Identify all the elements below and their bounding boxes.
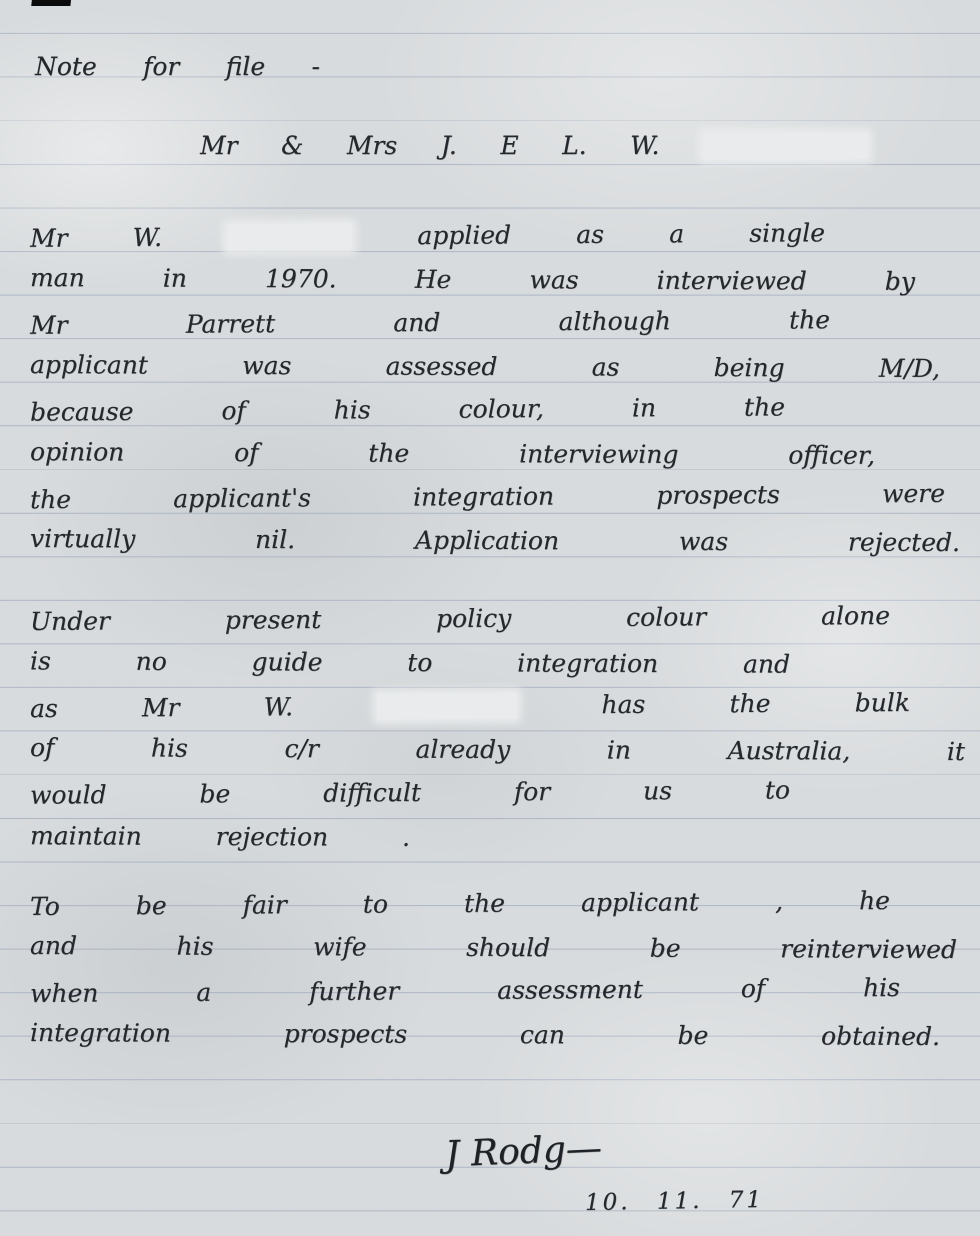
word: a (196, 978, 211, 1007)
word: W. (133, 223, 162, 252)
handwritten-line: whenafurtherassessmentofhis (30, 973, 900, 1008)
word: rejection (216, 822, 329, 851)
word: obtained. (821, 1021, 940, 1051)
word: officer, (788, 440, 875, 469)
word: his (151, 733, 188, 762)
word: Mrs (347, 131, 397, 160)
word: alone (821, 601, 890, 630)
handwritten-line: opinionoftheinterviewingofficer, (30, 437, 875, 470)
word: his (863, 973, 900, 1002)
handwritten-line: Underpresentpolicycolouralone (30, 601, 890, 636)
word: M/D, (879, 354, 940, 383)
signature: J Rodg— (444, 1121, 746, 1175)
handwritten-line: isnoguidetointegrationand (30, 646, 790, 678)
word: be (136, 891, 167, 920)
word: was (242, 351, 291, 380)
word: rejected. (848, 528, 960, 557)
word: applicant (581, 887, 699, 917)
word: in (163, 264, 187, 293)
handwritten-line: Tobefairtotheapplicant,he (30, 886, 890, 921)
word: integration (517, 648, 658, 678)
word: already (415, 735, 510, 764)
word: was (529, 265, 578, 294)
word: wife (313, 932, 367, 961)
word: man (30, 263, 85, 292)
handwritten-line: MrParrettandalthoughthe (30, 305, 830, 340)
word: as (592, 352, 620, 381)
word: present (225, 605, 322, 635)
word: no (136, 647, 167, 676)
word: Mr (200, 131, 238, 160)
word: us (643, 776, 672, 805)
word: Note (35, 52, 97, 81)
word: W. (264, 692, 293, 721)
word: L. (562, 131, 587, 160)
handwritten-line: manin1970.Hewasinterviewedby (30, 263, 915, 296)
word: virtually (30, 524, 135, 553)
word: To (30, 892, 60, 921)
word: in (607, 735, 631, 764)
word: assessment (497, 975, 643, 1005)
word: the (30, 485, 71, 514)
word: interviewed (657, 266, 807, 296)
word: of (30, 733, 54, 762)
handwritten-line: integrationprospectscanbeobtained. (30, 1018, 940, 1051)
word: would (30, 780, 107, 810)
word: difficult (323, 778, 421, 808)
word: opinion (30, 437, 124, 466)
handwritten-line: MrW.appliedasasingle (30, 218, 825, 253)
word: & (281, 131, 303, 160)
word: prospects (656, 480, 780, 510)
word: he (859, 886, 890, 915)
handwritten-line: becauseofhiscolour,inthe (30, 392, 785, 426)
word: guide (252, 647, 323, 676)
word: Mr (142, 693, 180, 722)
word: J. (441, 131, 457, 160)
word: to (765, 775, 790, 804)
handwritten-line: wouldbedifficultforusto (30, 775, 790, 809)
word: - (312, 52, 320, 81)
page-number-mark: 2 (26, 0, 90, 19)
word: be (678, 1021, 709, 1050)
scanned-note-page: 2 Noteforfile- Mr&MrsJ.EL.W. MrW.applied… (0, 0, 980, 1236)
date: 10. 11. 71 (585, 1186, 815, 1216)
word: his (334, 395, 371, 424)
word: for (514, 777, 550, 806)
word: although (558, 306, 671, 336)
word: as (576, 220, 604, 249)
word: colour (626, 602, 706, 632)
word: He (415, 265, 452, 294)
word: Mr (30, 311, 68, 340)
word: Parrett (186, 309, 276, 339)
word: interviewing (519, 439, 678, 469)
word: Application (415, 526, 559, 556)
word: the (464, 889, 505, 918)
page-number: 2 (26, 0, 90, 18)
word: applicant (30, 350, 148, 380)
word: to (363, 890, 388, 919)
note-title: Noteforfile- (35, 52, 320, 81)
word: and (30, 931, 77, 960)
word: and (393, 308, 440, 337)
word: has (601, 690, 645, 719)
word: integration (30, 1018, 171, 1048)
word: should (466, 933, 550, 962)
handwritten-line: ofhisc/ralreadyinAustralia,it (30, 733, 965, 766)
word: by (885, 267, 915, 296)
redaction-box (377, 692, 517, 719)
word: the (744, 392, 785, 421)
word: 1970. (265, 264, 337, 293)
word: is (30, 646, 51, 675)
word: of (221, 396, 246, 425)
word: Mr (30, 224, 68, 253)
word: for (143, 52, 179, 81)
word: applicant's (173, 483, 311, 513)
redaction-box (227, 223, 352, 250)
word: c/r (284, 734, 319, 763)
handwritten-line: asMrW.hasthebulk (30, 688, 910, 723)
word: colour, (458, 394, 544, 424)
word: because (30, 397, 134, 427)
word: as (30, 694, 58, 723)
word: nil. (255, 525, 295, 554)
word: a (669, 219, 684, 248)
word: the (729, 689, 770, 718)
handwritten-line: theapplicant'sintegrationprospectswere (30, 479, 945, 514)
handwritten-line: maintainrejection. (30, 821, 410, 852)
word: assessed (386, 352, 498, 381)
word: further (309, 976, 399, 1006)
word: when (30, 979, 99, 1008)
word: be (650, 934, 681, 963)
word: Australia, (727, 736, 850, 766)
word: reinterviewed (780, 934, 957, 964)
word: to (407, 648, 432, 677)
word: in (632, 393, 656, 422)
word: file (226, 52, 265, 81)
word: was (679, 527, 728, 556)
word: single (749, 218, 825, 248)
handwritten-line: applicantwasassessedasbeingM/D, (30, 350, 940, 383)
word: be (199, 779, 230, 808)
redaction-box (703, 133, 868, 159)
word: of (741, 974, 766, 1003)
subject-heading: Mr&MrsJ.EL.W. (200, 131, 868, 160)
word: and (743, 649, 790, 678)
word: . (402, 823, 410, 852)
word: E (500, 131, 518, 160)
word: , (775, 887, 783, 916)
word: Under (30, 606, 110, 636)
handwritten-line: virtuallynil.Applicationwasrejected. (30, 524, 960, 557)
word: his (177, 932, 214, 961)
handwritten-line: andhiswifeshouldbereinterviewed (30, 931, 957, 964)
word: fair (243, 890, 287, 919)
word: it (947, 737, 965, 766)
word: prospects (284, 1019, 408, 1049)
word: being (714, 353, 785, 382)
word: applied (417, 220, 511, 250)
word: W. (630, 131, 659, 160)
word: the (789, 305, 830, 334)
word: maintain (30, 821, 142, 850)
word: bulk (855, 688, 910, 717)
word: of (234, 438, 258, 467)
word: the (368, 439, 409, 468)
word: can (520, 1020, 565, 1049)
word: integration (413, 482, 554, 512)
word: were (882, 479, 945, 508)
word: policy (436, 604, 511, 634)
